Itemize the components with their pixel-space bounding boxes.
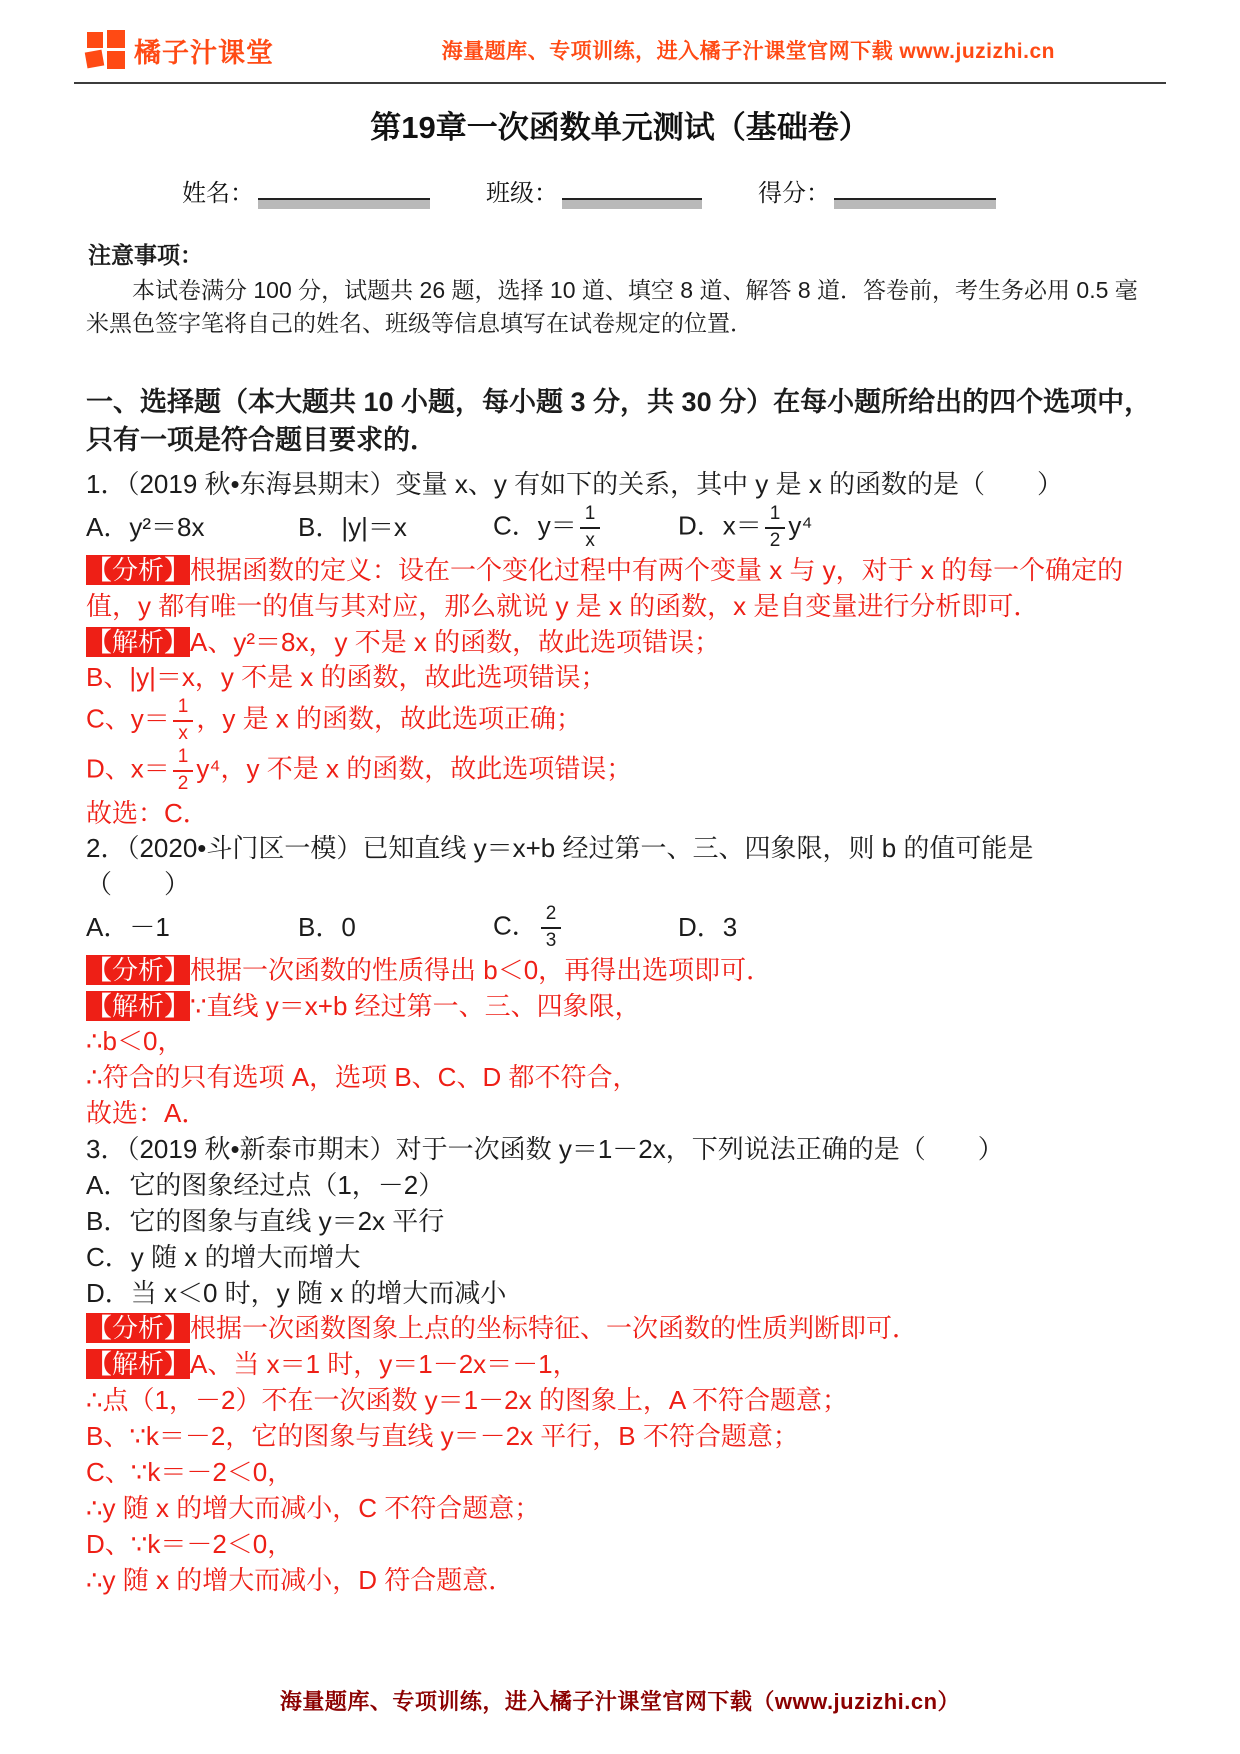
class-label: 班级： bbox=[486, 180, 558, 207]
q3-solution-4: C、∵k＝－2＜0， bbox=[86, 1455, 1154, 1491]
q3-option-b: B．它的图象与直线 y＝2x 平行 bbox=[86, 1204, 1154, 1240]
q3-solution-2: ∴点（1，－2）不在一次函数 y＝1－2x 的图象上，A 不符合题意； bbox=[86, 1383, 1154, 1419]
student-info-row: 姓名： 班级： 得分： bbox=[182, 173, 1240, 209]
class-blank bbox=[562, 198, 702, 209]
q2-option-b: B．0 bbox=[298, 910, 493, 946]
page-title: 第19章一次函数单元测试（基础卷） bbox=[88, 102, 1152, 147]
q3-option-a: A．它的图象经过点（1，－2） bbox=[86, 1168, 1154, 1204]
q1-conclusion: 故选：C． bbox=[86, 796, 1154, 832]
notice-body: 本试卷满分 100 分，试题共 26 题，选择 10 道、填空 8 道、解答 8… bbox=[86, 274, 1154, 341]
solution-tag: 【解析】 bbox=[86, 627, 190, 657]
fraction: 12 bbox=[173, 746, 194, 796]
q2-stem-line2: （ ） bbox=[86, 867, 1154, 903]
test-paper-page: 橘子汁课堂 海量题库、专项训练，进入橘子汁课堂官网下载 www.juzizhi.… bbox=[0, 0, 1240, 1754]
q2-option-c: C．23 bbox=[493, 903, 678, 953]
q3-solution-1: 【解析】A、当 x＝1 时，y＝1－2x＝－1， bbox=[86, 1347, 1154, 1383]
q1-option-d: D．x＝12y⁴ bbox=[678, 503, 1154, 553]
q3-analysis: 【分析】根据一次函数图象上点的坐标特征、一次函数的性质判断即可． bbox=[86, 1311, 1154, 1347]
q3-solution-7: ∴y 随 x 的增大而减小，D 符合题意． bbox=[86, 1563, 1154, 1599]
q2-conclusion: 故选：A． bbox=[86, 1096, 1154, 1132]
name-label: 姓名： bbox=[182, 180, 254, 207]
page-header: 橘子汁课堂 海量题库、专项训练，进入橘子汁课堂官网下载 www.juzizhi.… bbox=[0, 0, 1240, 70]
q3-solution-6: D、∵k＝－2＜0， bbox=[86, 1527, 1154, 1563]
analysis-tag: 【分析】 bbox=[86, 1313, 190, 1343]
score-blank bbox=[834, 198, 996, 209]
analysis-tag: 【分析】 bbox=[86, 555, 190, 585]
q2-option-a: A．－1 bbox=[86, 910, 298, 946]
brand: 橘子汁课堂 bbox=[86, 30, 274, 70]
fraction: 1x bbox=[173, 696, 194, 746]
score-label: 得分： bbox=[758, 180, 830, 207]
q2-solution-1: 【解析】∵直线 y＝x+b 经过第一、三、四象限， bbox=[86, 989, 1154, 1025]
page-footer: 海量题库、专项训练，进入橘子汁课堂官网下载（www.juzizhi.cn） bbox=[0, 1685, 1240, 1716]
header-divider bbox=[74, 82, 1166, 84]
q1-option-a: A．y²＝8x bbox=[86, 510, 298, 546]
q2-solution-2: ∴b＜0， bbox=[86, 1024, 1154, 1060]
brand-name: 橘子汁课堂 bbox=[134, 31, 274, 70]
q1-solution-d: D、x＝12y⁴，y 不是 x 的函数，故此选项错误； bbox=[86, 746, 1154, 796]
q1-stem: 1．（2019 秋•东海县期末）变量 x、y 有如下的关系，其中 y 是 x 的… bbox=[86, 467, 1154, 503]
class-field: 班级： bbox=[486, 173, 702, 209]
questions: 1．（2019 秋•东海县期末）变量 x、y 有如下的关系，其中 y 是 x 的… bbox=[86, 467, 1154, 1598]
analysis-tag: 【分析】 bbox=[86, 955, 190, 985]
notice-heading: 注意事项： bbox=[88, 237, 1152, 270]
brand-logo-icon bbox=[86, 30, 126, 70]
q2-options: A．－1 B．0 C．23 D．3 bbox=[86, 903, 1154, 953]
q2-solution-3: ∴符合的只有选项 A，选项 B、C、D 都不符合， bbox=[86, 1060, 1154, 1096]
q1-options: A．y²＝8x B．|y|＝x C．y＝1x D．x＝12y⁴ bbox=[86, 503, 1154, 553]
section-heading: 一、选择题（本大题共 10 小题，每小题 3 分，共 30 分）在每小题所给出的… bbox=[86, 383, 1154, 460]
solution-tag: 【解析】 bbox=[86, 991, 190, 1021]
solution-tag: 【解析】 bbox=[86, 1349, 190, 1379]
q1-solution-b: B、|y|＝x，y 不是 x 的函数，故此选项错误； bbox=[86, 660, 1154, 696]
q3-option-d: D．当 x＜0 时，y 随 x 的增大而减小 bbox=[86, 1276, 1154, 1312]
header-tagline: 海量题库、专项训练，进入橘子汁课堂官网下载 www.juzizhi.cn bbox=[442, 35, 1055, 65]
score-field: 得分： bbox=[758, 173, 996, 209]
q1-solution-a: 【解析】A、y²＝8x，y 不是 x 的函数，故此选项错误； bbox=[86, 625, 1154, 661]
name-field: 姓名： bbox=[182, 173, 430, 209]
q1-option-b: B．|y|＝x bbox=[298, 510, 493, 546]
fraction: 12 bbox=[765, 503, 786, 553]
fraction: 1x bbox=[580, 503, 601, 553]
name-blank bbox=[258, 198, 430, 209]
q3-stem: 3．（2019 秋•新泰市期末）对于一次函数 y＝1－2x，下列说法正确的是（ … bbox=[86, 1132, 1154, 1168]
fraction: 23 bbox=[541, 903, 562, 953]
q1-option-c: C．y＝1x bbox=[493, 503, 678, 553]
q2-option-d: D．3 bbox=[678, 910, 1154, 946]
q3-solution-3: B、∵k＝－2，它的图象与直线 y＝－2x 平行，B 不符合题意； bbox=[86, 1419, 1154, 1455]
q1-solution-c: C、y＝1x，y 是 x 的函数，故此选项正确； bbox=[86, 696, 1154, 746]
q2-analysis: 【分析】根据一次函数的性质得出 b＜0，再得出选项即可． bbox=[86, 953, 1154, 989]
q3-solution-5: ∴y 随 x 的增大而减小，C 不符合题意； bbox=[86, 1491, 1154, 1527]
q3-option-c: C．y 随 x 的增大而增大 bbox=[86, 1240, 1154, 1276]
q1-analysis: 【分析】根据函数的定义：设在一个变化过程中有两个变量 x 与 y，对于 x 的每… bbox=[86, 553, 1154, 625]
q2-stem: 2．（2020•斗门区一模）已知直线 y＝x+b 经过第一、三、四象限，则 b … bbox=[86, 831, 1154, 867]
